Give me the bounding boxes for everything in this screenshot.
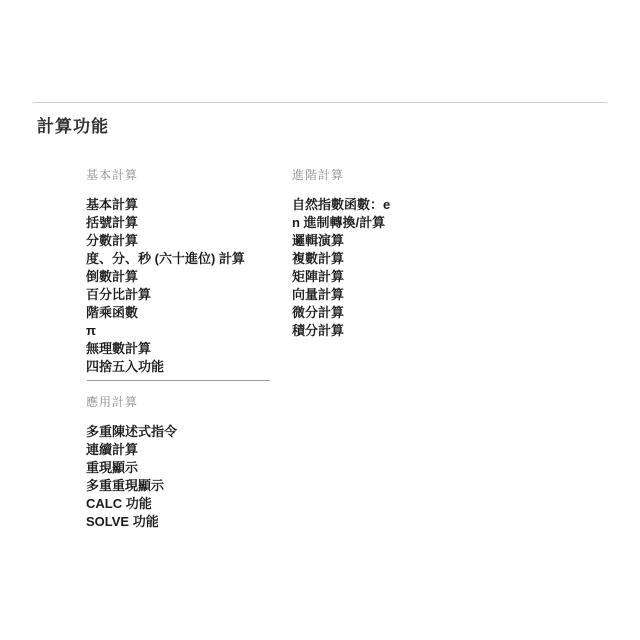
spec-page: 計算功能 基本計算 基本計算 括號計算 分數計算 度、分、秒 (六十進位) 計算… <box>0 0 640 640</box>
list-item: 微分計算 <box>292 304 390 322</box>
list-item: 度、分、秒 (六十進位) 計算 <box>86 250 245 268</box>
list-item: 複數計算 <box>292 250 390 268</box>
section-header-applied: 應用計算 <box>86 395 177 409</box>
list-item: 分數計算 <box>86 232 245 250</box>
list-item: 向量計算 <box>292 286 390 304</box>
list-item: 重現顯示 <box>86 459 177 477</box>
list-item: 無理數計算 <box>86 340 245 358</box>
list-item: 積分計算 <box>292 322 390 340</box>
section-divider <box>87 380 270 381</box>
section-header-advanced: 進階計算 <box>292 168 390 182</box>
section-basic-calculation: 基本計算 基本計算 括號計算 分數計算 度、分、秒 (六十進位) 計算 倒數計算… <box>86 168 245 376</box>
list-item: 連續計算 <box>86 441 177 459</box>
section-advanced-calculation: 進階計算 自然指數函數：e n 進制轉換/計算 邏輯演算 複數計算 矩陣計算 向… <box>292 168 390 340</box>
section-applied-calculation: 應用計算 多重陳述式指令 連續計算 重現顯示 多重重現顯示 CALC 功能 SO… <box>86 395 177 531</box>
basic-feature-list: 基本計算 括號計算 分數計算 度、分、秒 (六十進位) 計算 倒數計算 百分比計… <box>86 196 245 376</box>
list-item: 邏輯演算 <box>292 232 390 250</box>
list-item: 多重重現顯示 <box>86 477 177 495</box>
list-item: 階乘函數 <box>86 304 245 322</box>
top-divider <box>33 102 607 103</box>
list-item: CALC 功能 <box>86 495 177 513</box>
list-item: SOLVE 功能 <box>86 513 177 531</box>
list-item: 基本計算 <box>86 196 245 214</box>
list-item: π <box>86 322 245 340</box>
list-item: 矩陣計算 <box>292 268 390 286</box>
applied-feature-list: 多重陳述式指令 連續計算 重現顯示 多重重現顯示 CALC 功能 SOLVE 功… <box>86 423 177 531</box>
list-item: 自然指數函數：e <box>292 196 390 214</box>
list-item: 倒數計算 <box>86 268 245 286</box>
list-item: 括號計算 <box>86 214 245 232</box>
list-item: 多重陳述式指令 <box>86 423 177 441</box>
section-header-basic: 基本計算 <box>86 168 245 182</box>
advanced-feature-list: 自然指數函數：e n 進制轉換/計算 邏輯演算 複數計算 矩陣計算 向量計算 微… <box>292 196 390 340</box>
list-item: 百分比計算 <box>86 286 245 304</box>
page-title: 計算功能 <box>37 112 109 137</box>
list-item: 四捨五入功能 <box>86 358 245 376</box>
list-item: n 進制轉換/計算 <box>292 214 390 232</box>
